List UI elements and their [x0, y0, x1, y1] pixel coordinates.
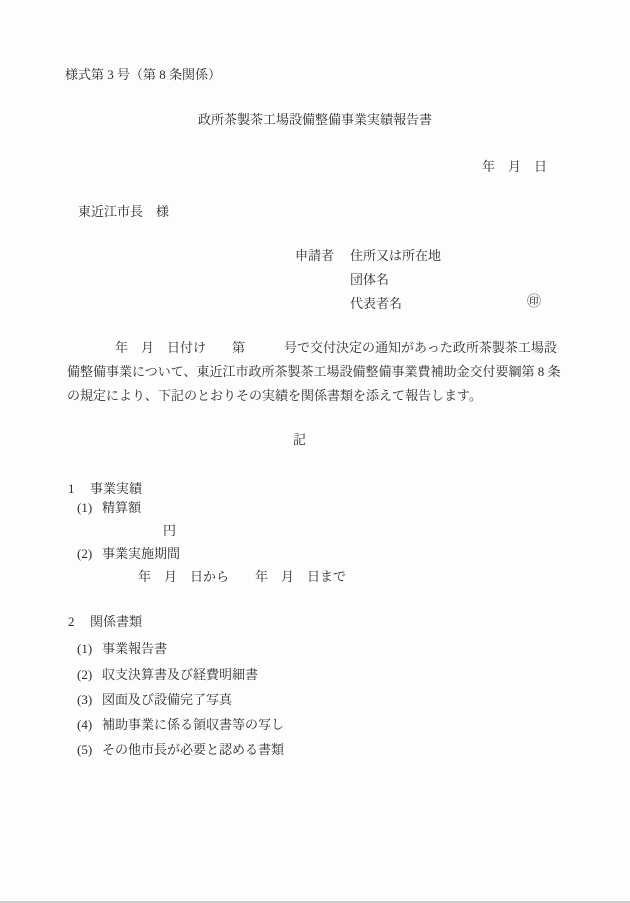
- seal-icon: ㊞: [527, 295, 541, 311]
- section2-item-text: その他市長が必要と認める書類: [102, 742, 284, 758]
- body-line-2: 備整備事業について、東近江市政所茶製茶工場設備整備事業費補助金交付要綱第 8 条: [67, 364, 560, 380]
- yen-label: 円: [163, 523, 176, 539]
- section1-item1-number: (1): [77, 500, 92, 516]
- section1-number: 1: [68, 481, 75, 497]
- form-number: 様式第 3 号（第 8 条関係）: [65, 67, 221, 83]
- period-line: 年 月 日から 年 月 日まで: [138, 569, 346, 585]
- section2-item-text: 事業報告書: [102, 641, 167, 657]
- section1-item2-number: (2): [77, 546, 92, 562]
- section2-item-text: 収支決算書及び経費明細書: [102, 667, 258, 683]
- document-title: 政所茶製茶工場設備整備事業実績報告書: [0, 112, 630, 128]
- section2-item-number: (5): [77, 742, 92, 758]
- section1-item2-label: 事業実施期間: [102, 546, 180, 562]
- section2-item-number: (3): [77, 692, 92, 708]
- section2-item-text: 補助事業に係る領収書等の写し: [102, 717, 284, 733]
- section2-item-number: (2): [77, 667, 92, 683]
- section2-number: 2: [68, 614, 75, 630]
- applicant-org-label: 団体名: [350, 272, 389, 288]
- applicant-address-label: 住所又は所在地: [350, 248, 441, 264]
- section1-title: 事業実績: [90, 481, 142, 497]
- section2-item-number: (4): [77, 717, 92, 733]
- addressee: 東近江市長 様: [78, 204, 169, 220]
- applicant-label: 申請者: [295, 248, 334, 264]
- section1-item1-label: 精算額: [102, 500, 141, 516]
- body-line-3: の規定により、下記のとおりその実績を関係書類を添えて報告します。: [67, 388, 482, 404]
- section2-item-text: 図面及び設備完了写真: [102, 692, 232, 708]
- applicant-rep-label: 代表者名: [350, 296, 402, 312]
- date-line: 年 月 日: [482, 159, 547, 175]
- record-heading: 記: [293, 432, 306, 448]
- body-line-1: 年 月 日付け 第 号で交付決定の通知があった政所茶製茶工場設: [115, 340, 557, 356]
- section2-item-number: (1): [77, 641, 92, 657]
- document-page: 様式第 3 号（第 8 条関係） 政所茶製茶工場設備整備事業実績報告書 年 月 …: [0, 0, 630, 903]
- section2-title: 関係書類: [90, 614, 142, 630]
